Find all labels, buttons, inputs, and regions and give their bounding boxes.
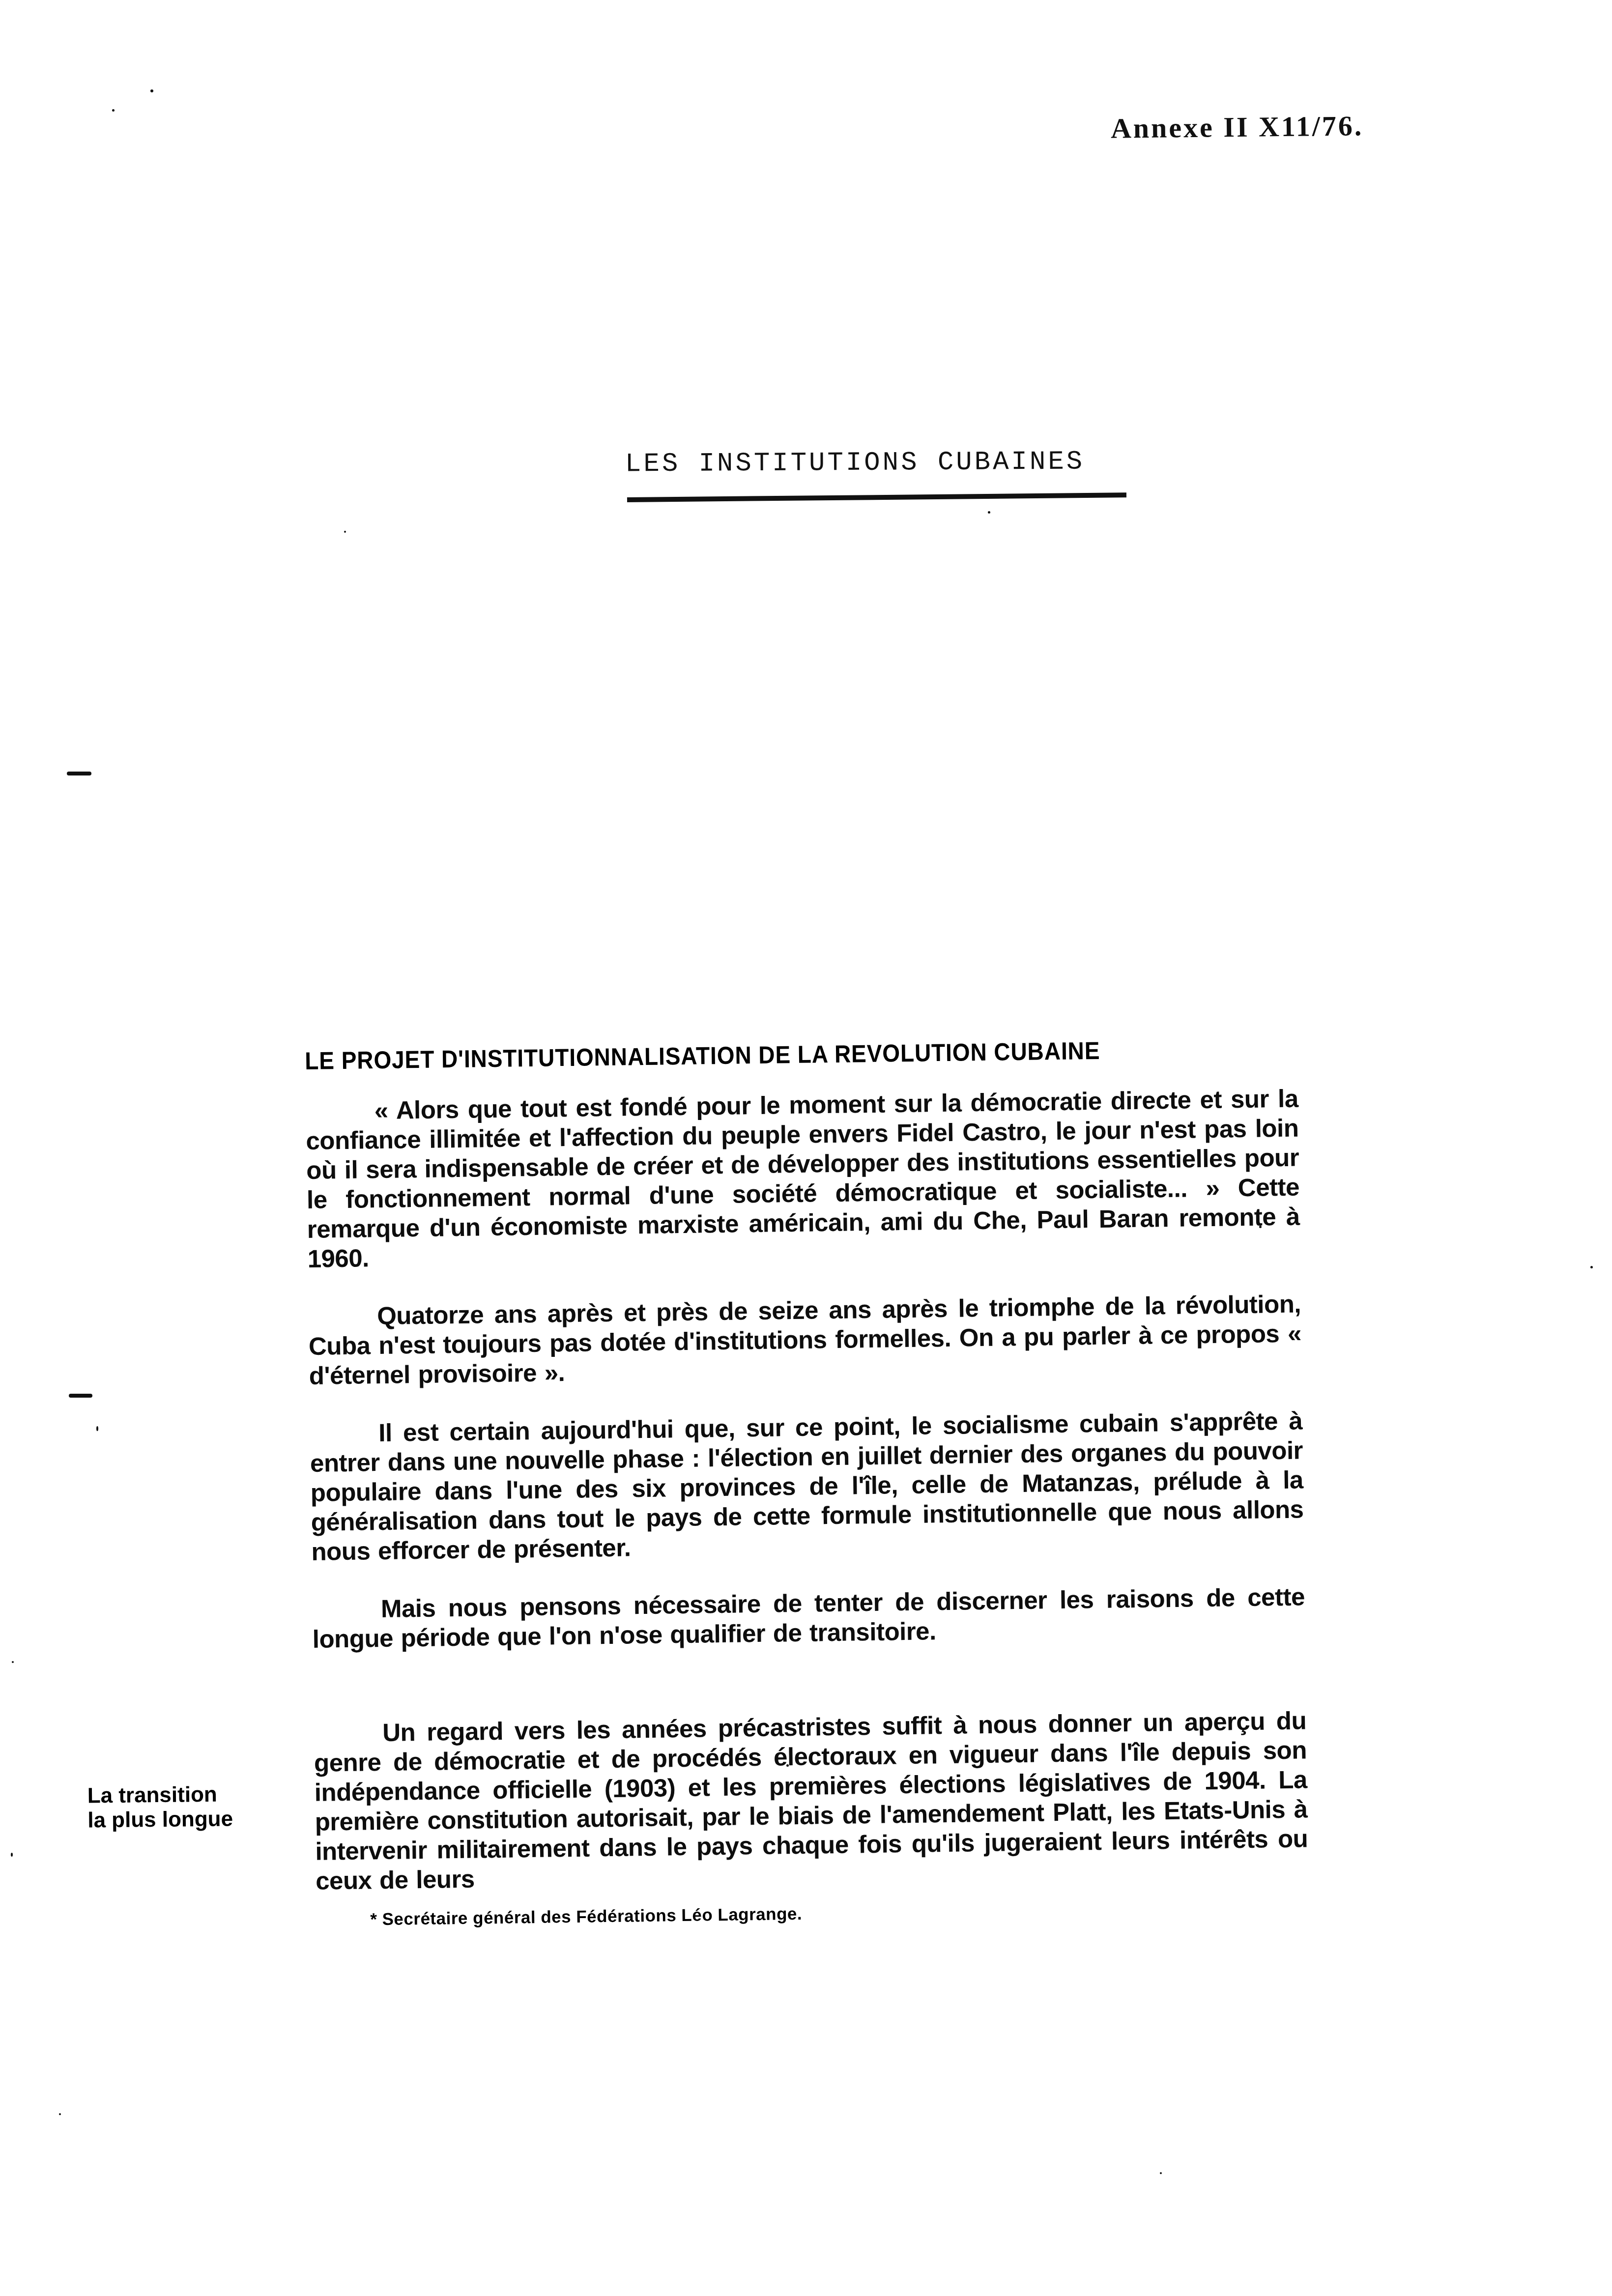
article-body: LE PROJET D'INSTITUTIONNALISATION DE LA …: [305, 1034, 1309, 1930]
scan-speck: [1160, 2172, 1162, 2174]
scan-speck: [344, 531, 346, 533]
scanned-page: Annexe II X11/76. LES INSTITUTIONS CUBAI…: [0, 0, 1612, 2296]
scan-speck: [1590, 1266, 1593, 1268]
title-underline: [627, 492, 1126, 502]
scan-speck: [988, 511, 990, 514]
annex-reference: Annexe II X11/76.: [1111, 109, 1364, 144]
scan-speck: [96, 1426, 98, 1431]
scan-speck: [59, 2113, 61, 2115]
document-title: LES INSTITUTIONS CUBAINES: [625, 447, 1085, 480]
paragraph-nouvelle-phase: Il est certain aujourd'hui que, sur ce p…: [310, 1406, 1304, 1566]
footnote: * Secrétaire général des Fédérations Léo…: [370, 1897, 1309, 1929]
scan-speck: [150, 89, 153, 92]
scan-speck: [12, 1661, 14, 1663]
margin-note-line-2: la plus longue: [87, 1807, 233, 1833]
margin-note-line-1: La transition: [87, 1782, 232, 1808]
section-gap: [313, 1641, 1306, 1719]
paragraph-quote-baran: « Alors que tout est fondé pour le momen…: [305, 1084, 1300, 1274]
margin-mark: [67, 772, 91, 775]
section-heading: LE PROJET D'INSTITUTIONNALISATION DE LA …: [305, 1035, 1218, 1075]
scan-speck: [786, 1764, 789, 1767]
paragraph-quatorze-ans: Quatorze ans après et près de seize ans …: [308, 1290, 1302, 1391]
scan-speck: [1259, 1226, 1262, 1228]
paragraph-annees-precastristes: Un regard vers les années précastristes …: [314, 1706, 1309, 1895]
scan-speck: [11, 1853, 13, 1857]
margin-note: La transition la plus longue: [87, 1782, 233, 1833]
margin-mark: [69, 1394, 92, 1398]
scan-speck: [112, 109, 115, 112]
